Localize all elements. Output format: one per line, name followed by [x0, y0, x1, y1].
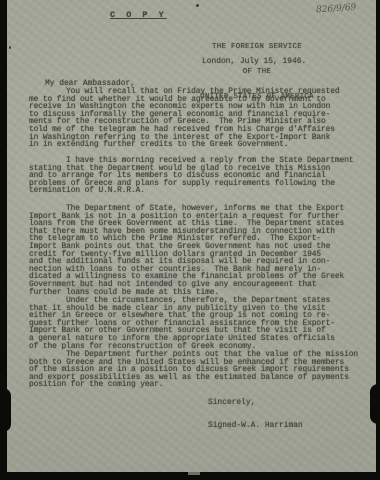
paper-speck	[9, 46, 11, 49]
letterhead-line-2: OF THE	[198, 68, 316, 76]
handwritten-reference-number: 826/9/69	[316, 3, 357, 16]
scan-edge-bottom-notch	[188, 472, 200, 475]
dateline: London, July 15, 1946.	[202, 57, 306, 66]
copy-stamp: C O P Y	[110, 10, 167, 20]
paper-speck	[196, 4, 199, 7]
scan-edge-left-blob	[0, 388, 11, 432]
paragraph-4: Under the circumstances, therefore, the …	[29, 297, 367, 350]
signature-line: Signed-W.A. Harriman	[208, 421, 303, 430]
closing: Sincerely,	[208, 398, 255, 407]
scan-edge-right-blob	[370, 384, 380, 424]
paragraph-2: I have this morning received a reply fro…	[29, 157, 367, 195]
scanned-letter-page: C O P Y 826/9/69 THE FOREIGN SERVICE OF …	[0, 0, 380, 480]
paragraph-5: The Department further points out that t…	[29, 351, 367, 389]
paragraph-1: You will recall that on Friday the Prime…	[29, 88, 367, 149]
paragraph-3: The Department of State, however, inform…	[29, 205, 367, 296]
letterhead-line-1: THE FOREIGN SERVICE	[198, 43, 316, 51]
